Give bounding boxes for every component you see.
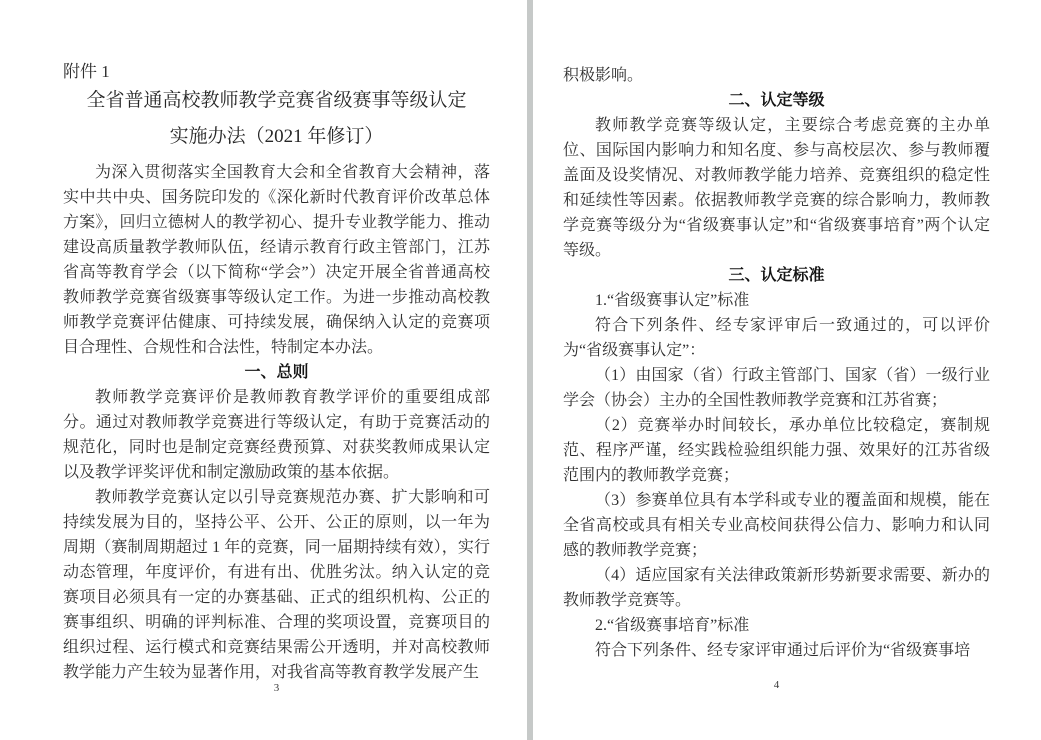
document-title-line2: 实施办法（2021 年修订） [63,124,490,150]
item-1-intro: 符合下列条件、经专家评审后一致通过的，可以评价为“省级赛事认定”： [563,313,990,363]
item-2-title: 2.“省级赛事培育”标准 [563,613,990,638]
attachment-label: 附件 1 [63,60,490,84]
item-1-title: 1.“省级赛事认定”标准 [563,288,990,313]
item-1-condition-2: （2）竞赛举办时间较长，承办单位比较稳定，赛制规范、程序严谨，经实践检验组织能力… [563,413,990,488]
document-title-line1: 全省普通高校教师教学竞赛省级赛事等级认定 [63,88,490,114]
section-heading-certification-criteria: 三、认定标准 [563,263,990,288]
page-gap-divider [527,0,533,740]
document-viewer: { "document": { "divider_color": "#c6c9c… [0,0,1041,740]
page-3: 附件 1 全省普通高校教师教学竞赛省级赛事等级认定 实施办法（2021 年修订）… [63,0,490,740]
paragraph-preamble: 为深入贯彻落实全国教育大会和全省教育大会精神，落实中共中央、国务院印发的《深化新… [63,160,490,360]
item-2-intro: 符合下列条件、经专家评审通过后评价为“省级赛事培 [563,638,990,663]
page-number-3: 3 [63,682,490,694]
item-1-condition-4: （4）适应国家有关法律政策新形势新要求需要、新办的教师教学竞赛等。 [563,563,990,613]
item-1-condition-3: （3）参赛单位具有本学科或专业的覆盖面和规模，能在全省高校或具有相关专业高校间获… [563,488,990,563]
paragraph-continuation: 积极影响。 [563,63,990,88]
paragraph-evaluation-basis: 教师教学竞赛评价是教师教育教学评价的重要组成部分。通过对教师教学竞赛进行等级认定… [63,385,490,485]
item-1-condition-1: （1）由国家（省）行政主管部门、国家（省）一级行业学会（协会）主办的全国性教师教… [563,363,990,413]
page-number-4: 4 [563,679,990,691]
section-heading-certification-levels: 二、认定等级 [563,88,990,113]
paragraph-level-factors: 教师教学竞赛等级认定，主要综合考虑竞赛的主办单位、国际国内影响力和知名度、参与高… [563,113,990,263]
paragraph-certification-principles: 教师教学竞赛认定以引导竞赛规范办赛、扩大影响和可持续发展为目的，坚持公平、公开、… [63,485,490,685]
page-4: 积极影响。 二、认定等级 教师教学竞赛等级认定，主要综合考虑竞赛的主办单位、国际… [563,0,990,740]
section-heading-general-rules: 一、总则 [63,360,490,385]
